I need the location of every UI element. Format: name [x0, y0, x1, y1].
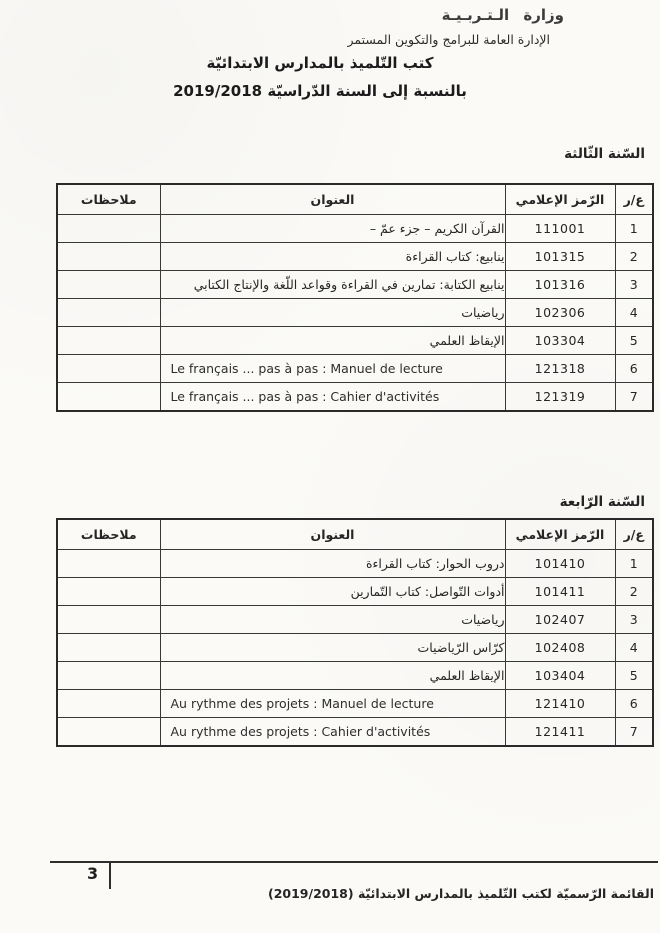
- code-cell: 102407: [505, 606, 615, 634]
- title-cell: الإيقاظ العلمي: [160, 662, 505, 690]
- ministry-name: وزارة الـتـربـيـة: [442, 6, 564, 24]
- row-num-cell: 5: [615, 327, 653, 355]
- notes-cell: [57, 215, 160, 243]
- document-title-line1: كتب التّلميذ بالمدارس الابتدائيّة: [150, 54, 490, 72]
- code-cell: 121318: [505, 355, 615, 383]
- code-cell: 102306: [505, 299, 615, 327]
- books-table-grade3: ع/ر الرّمز الإعلامي العنوان ملاحظات 1 11…: [56, 183, 654, 412]
- col-header-title: العنوان: [160, 184, 505, 215]
- table-row: 5 103304 الإيقاظ العلمي: [57, 327, 653, 355]
- title-cell: Le français ... pas à pas : Manuel de le…: [160, 355, 505, 383]
- title-cell: كرّاس الرّياضيات: [160, 634, 505, 662]
- scanned-document-page: وزارة الـتـربـيـة الإدارة العامة للبرامج…: [0, 0, 660, 933]
- row-num-cell: 1: [615, 550, 653, 578]
- title-cell: Au rythme des projets : Cahier d'activit…: [160, 718, 505, 747]
- row-num-cell: 1: [615, 215, 653, 243]
- code-cell: 121410: [505, 690, 615, 718]
- books-table-grade4: ع/ر الرّمز الإعلامي العنوان ملاحظات 1 10…: [56, 518, 654, 747]
- row-num-cell: 6: [615, 355, 653, 383]
- code-cell: 103304: [505, 327, 615, 355]
- col-header-code: الرّمز الإعلامي: [505, 184, 615, 215]
- col-header-code: الرّمز الإعلامي: [505, 519, 615, 550]
- table-row: 1 111001 القرآن الكريم – جزء عمّ –: [57, 215, 653, 243]
- col-header-notes: ملاحظات: [57, 519, 160, 550]
- table-row: 6 121318 Le français ... pas à pas : Man…: [57, 355, 653, 383]
- title-cell: Au rythme des projets : Manuel de lectur…: [160, 690, 505, 718]
- notes-cell: [57, 327, 160, 355]
- section-heading-grade4: السّنة الرّابعة: [560, 494, 645, 510]
- notes-cell: [57, 718, 160, 747]
- table-row: 2 101411 أدوات التّواصل: كتاب التّمارين: [57, 578, 653, 606]
- title-cell: رياضيات: [160, 606, 505, 634]
- section-heading-grade3: السّنة الثّالثة: [564, 146, 645, 162]
- table-row: 7 121319 Le français ... pas à pas : Cah…: [57, 383, 653, 412]
- notes-cell: [57, 690, 160, 718]
- table-header-row: ع/ر الرّمز الإعلامي العنوان ملاحظات: [57, 184, 653, 215]
- notes-cell: [57, 355, 160, 383]
- title-cell: القرآن الكريم – جزء عمّ –: [160, 215, 505, 243]
- document-title: كتب التّلميذ بالمدارس الابتدائيّة بالنسب…: [150, 54, 490, 100]
- title-cell: رياضيات: [160, 299, 505, 327]
- row-num-cell: 2: [615, 243, 653, 271]
- code-cell: 102408: [505, 634, 615, 662]
- row-num-cell: 3: [615, 271, 653, 299]
- title-cell: أدوات التّواصل: كتاب التّمارين: [160, 578, 505, 606]
- table-row: 6 121410 Au rythme des projets : Manuel …: [57, 690, 653, 718]
- title-cell: ينابيع الكتابة: تمارين في القراءة وقواعد…: [160, 271, 505, 299]
- code-cell: 103404: [505, 662, 615, 690]
- title-cell: دروب الحوار: كتاب القراءة: [160, 550, 505, 578]
- col-header-notes: ملاحظات: [57, 184, 160, 215]
- table-row: 3 102407 رياضيات: [57, 606, 653, 634]
- title-cell: Le français ... pas à pas : Cahier d'act…: [160, 383, 505, 412]
- code-cell: 101411: [505, 578, 615, 606]
- code-cell: 121411: [505, 718, 615, 747]
- notes-cell: [57, 606, 160, 634]
- table-row: 5 103404 الإيقاظ العلمي: [57, 662, 653, 690]
- notes-cell: [57, 383, 160, 412]
- col-header-num: ع/ر: [615, 519, 653, 550]
- row-num-cell: 5: [615, 662, 653, 690]
- code-cell: 111001: [505, 215, 615, 243]
- notes-cell: [57, 271, 160, 299]
- code-cell: 101316: [505, 271, 615, 299]
- department-name: الإدارة العامة للبرامج والتكوين المستمر: [348, 32, 551, 47]
- code-cell: 101410: [505, 550, 615, 578]
- row-num-cell: 7: [615, 718, 653, 747]
- col-header-title: العنوان: [160, 519, 505, 550]
- code-cell: 121319: [505, 383, 615, 412]
- table-header-row: ع/ر الرّمز الإعلامي العنوان ملاحظات: [57, 519, 653, 550]
- row-num-cell: 3: [615, 606, 653, 634]
- row-num-cell: 2: [615, 578, 653, 606]
- row-num-cell: 6: [615, 690, 653, 718]
- title-cell: الإيقاظ العلمي: [160, 327, 505, 355]
- table-row: 1 101410 دروب الحوار: كتاب القراءة: [57, 550, 653, 578]
- notes-cell: [57, 243, 160, 271]
- notes-cell: [57, 634, 160, 662]
- footer-caption: القائمة الرّسميّة لكتب التّلميذ بالمدارس…: [268, 886, 654, 901]
- document-title-line2: بالنسبة إلى السنة الدّراسيّة 2019/2018: [150, 82, 490, 100]
- table-row: 3 101316 ينابيع الكتابة: تمارين في القرا…: [57, 271, 653, 299]
- page-number: 3: [87, 864, 98, 883]
- row-num-cell: 4: [615, 299, 653, 327]
- table-row: 2 101315 ينابيع: كتاب القراءة: [57, 243, 653, 271]
- table-row: 4 102306 رياضيات: [57, 299, 653, 327]
- table-row: 4 102408 كرّاس الرّياضيات: [57, 634, 653, 662]
- row-num-cell: 4: [615, 634, 653, 662]
- row-num-cell: 7: [615, 383, 653, 412]
- table-row: 7 121411 Au rythme des projets : Cahier …: [57, 718, 653, 747]
- notes-cell: [57, 299, 160, 327]
- notes-cell: [57, 550, 160, 578]
- page-number-tick: [109, 862, 111, 889]
- footer-rule: [50, 861, 658, 863]
- title-cell: ينابيع: كتاب القراءة: [160, 243, 505, 271]
- code-cell: 101315: [505, 243, 615, 271]
- notes-cell: [57, 578, 160, 606]
- col-header-num: ع/ر: [615, 184, 653, 215]
- notes-cell: [57, 662, 160, 690]
